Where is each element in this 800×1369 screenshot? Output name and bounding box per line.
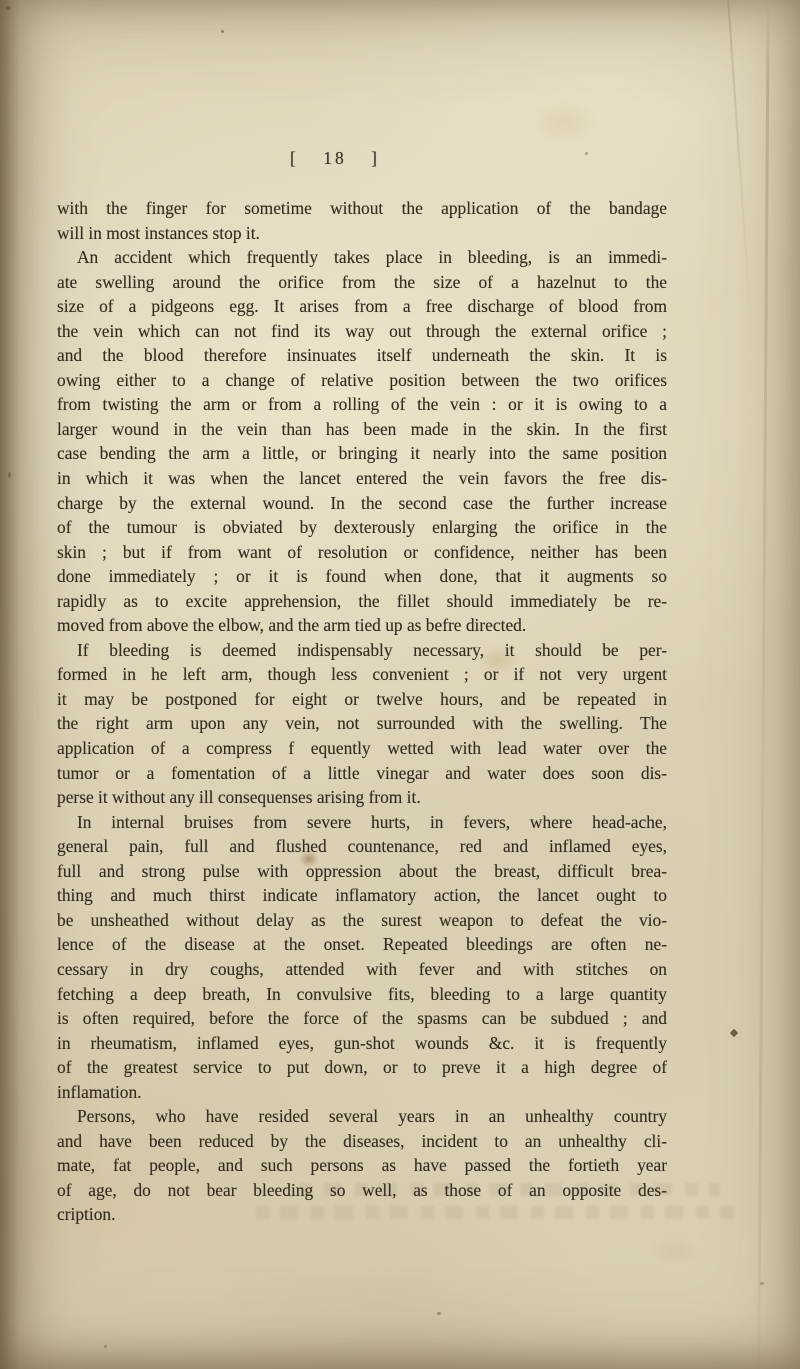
page-edge-shadow bbox=[0, 0, 20, 1369]
text-line: of the greatest service to put down, or … bbox=[57, 1055, 667, 1080]
paper-speck bbox=[104, 1345, 107, 1348]
text-line: of the tumour is obviated by dexterously… bbox=[57, 515, 667, 540]
body-text: with the finger for sometime without the… bbox=[57, 196, 667, 1227]
text-line: lence of the disease at the onset. Repea… bbox=[57, 932, 667, 957]
text-line: full and strong pulse with oppression ab… bbox=[57, 859, 667, 884]
text-line: rapidly as to excite apprehension, the f… bbox=[57, 589, 667, 614]
text-line: from twisting the arm or from a rolling … bbox=[57, 392, 667, 417]
paper-speck bbox=[221, 30, 224, 33]
text-line: mate, fat people, and such persons as ha… bbox=[57, 1153, 667, 1178]
text-line: with the finger for sometime without the… bbox=[57, 196, 667, 221]
text-line: in rheumatism, inflamed eyes, gun-shot w… bbox=[57, 1031, 667, 1056]
text-line: thing and much thirst indicate inflamato… bbox=[57, 883, 667, 908]
paper-crease-top bbox=[726, 0, 751, 320]
text-line: cription. bbox=[57, 1202, 667, 1227]
text-line: application of a compress f equently wet… bbox=[57, 736, 667, 761]
paper-speck bbox=[437, 1312, 441, 1315]
text-line: the vein which can not find its way out … bbox=[57, 319, 667, 344]
page-number: [ 18 ] bbox=[290, 148, 410, 169]
text-line: case bending the arm a little, or bringi… bbox=[57, 441, 667, 466]
text-line: In internal bruises from severe hurts, i… bbox=[57, 810, 667, 835]
paper-speck bbox=[585, 152, 588, 155]
text-line: ate swelling around the orifice from the… bbox=[57, 270, 667, 295]
text-line: it may be postponed for eight or twelve … bbox=[57, 687, 667, 712]
text-line: done immediately ; or it is found when d… bbox=[57, 564, 667, 589]
text-line: size of a pidgeons egg. It arises from a… bbox=[57, 294, 667, 319]
text-line: Persons, who have resided several years … bbox=[57, 1104, 667, 1129]
text-line: be unsheathed without delay as the sures… bbox=[57, 908, 667, 933]
paper-stain bbox=[640, 1228, 710, 1274]
text-line: moved from above the elbow, and the arm … bbox=[57, 613, 667, 638]
text-line: general pain, full and flushed countenan… bbox=[57, 834, 667, 859]
text-line: larger wound in the vein than has been m… bbox=[57, 417, 667, 442]
text-line: the right arm upon any vein, not surroun… bbox=[57, 711, 667, 736]
paper-crease bbox=[757, 0, 770, 1369]
text-line: tumor or a fomentation of a little vineg… bbox=[57, 761, 667, 786]
text-line: skin ; but if from want of resolution or… bbox=[57, 540, 667, 565]
paper-stain bbox=[520, 90, 610, 154]
text-line: will in most instances stop it. bbox=[57, 221, 667, 246]
text-line: is often required, before the force of t… bbox=[57, 1006, 667, 1031]
text-line: and the blood therefore insinuates itsel… bbox=[57, 343, 667, 368]
text-line: perse it without any ill consequenses ar… bbox=[57, 785, 667, 810]
text-line: If bleeding is deemed indispensably nece… bbox=[57, 638, 667, 663]
book-page-scan: [ 18 ] with the finger for sometime with… bbox=[0, 0, 800, 1369]
text-line: inflamation. bbox=[57, 1080, 667, 1105]
ink-speck bbox=[730, 1029, 738, 1037]
text-line: An accident which frequently takes place… bbox=[57, 245, 667, 270]
text-line: cessary in dry coughs, attended with fev… bbox=[57, 957, 667, 982]
text-line: formed in he left arm, though less conve… bbox=[57, 662, 667, 687]
text-line: charge by the external wound. In the sec… bbox=[57, 491, 667, 516]
text-line: owing either to a change of relative pos… bbox=[57, 368, 667, 393]
text-line: fetching a deep breath, In convulsive fi… bbox=[57, 982, 667, 1007]
text-line: and have been reduced by the diseases, i… bbox=[57, 1129, 667, 1154]
text-line: in which it was when the lancet entered … bbox=[57, 466, 667, 491]
text-line: of age, do not bear bleeding so well, as… bbox=[57, 1178, 667, 1203]
